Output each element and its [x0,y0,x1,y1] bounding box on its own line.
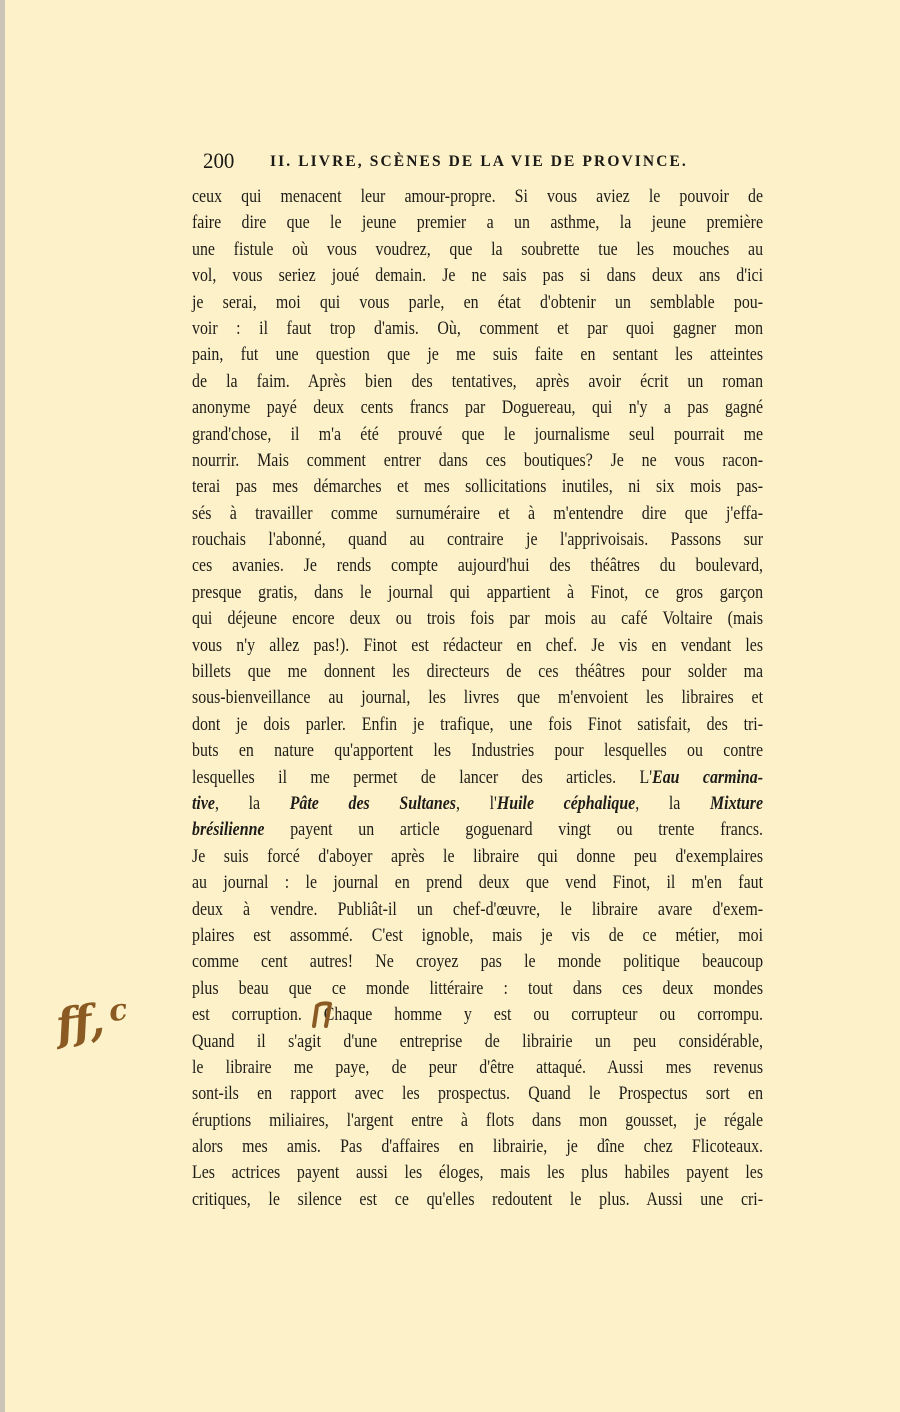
text-line: brésilienne payent un article goguenard … [192,817,763,843]
running-head: 200 II. LIVRE, SCÈNES DE LA VIE DE PROVI… [203,146,763,176]
text-segment: Quand il s'agit d'une entreprise de libr… [192,1032,763,1052]
text-segment: nourrir. Mais comment entrer dans ces bo… [192,451,763,471]
margin-annotation: ff,c [53,991,130,1051]
text-line: sous-bienveillance au journal, les livre… [192,685,763,711]
text-segment: ces avanies. Je rends compte aujourd'hui… [192,556,763,576]
text-line: vol, vous seriez joué demain. Je ne sais… [192,263,763,289]
text-segment: sés à travailler comme surnuméraire et à… [192,504,763,524]
text-segment: sont-ils en rapport avec les prospectus.… [192,1084,763,1104]
text-segment: est corruption. Chaque homme y est ou co… [192,1005,763,1025]
text-segment: grand'chose, il m'a été prouvé que le jo… [192,425,763,445]
text-line: qui déjeune encore deux ou trois fois pa… [192,606,763,632]
text-segment: je serai, moi qui vous parle, en état d'… [192,293,763,313]
text-segment: , la [635,794,710,814]
text-segment: ceux qui menacent leur amour-propre. Si … [192,187,763,207]
text-line: comme cent autres! Ne croyez pas le mond… [192,949,763,975]
text-segment: rouchais l'abonné, quand au contraire je… [192,530,763,550]
text-segment: terai pas mes démarches et mes sollicita… [192,477,763,497]
text-line: voir : il faut trop d'amis. Où, comment … [192,316,763,342]
text-segment: le libraire me paye, de peur d'être atta… [192,1058,763,1078]
insertion-mark-icon [308,1000,334,1030]
text-line: lesquelles il me permet de lancer des ar… [192,765,763,791]
page-number: 200 [203,146,234,176]
text-line: je serai, moi qui vous parle, en état d'… [192,290,763,316]
body-text: ceux qui menacent leur amour-propre. Si … [192,184,763,1213]
text-line: le libraire me paye, de peur d'être atta… [192,1055,763,1081]
text-line: sés à travailler comme surnuméraire et à… [192,501,763,527]
text-line: terai pas mes démarches et mes sollicita… [192,474,763,500]
text-segment: , la [215,794,290,814]
text-line: vous n'y allez pas!). Finot est rédacteu… [192,633,763,659]
text-segment: voir : il faut trop d'amis. Où, comment … [192,319,763,339]
text-line: pain, fut une question que je me suis fa… [192,342,763,368]
text-line: grand'chose, il m'a été prouvé que le jo… [192,422,763,448]
text-line: Je suis forcé d'aboyer après le libraire… [192,844,763,870]
text-line: de la faim. Après bien des tentatives, a… [192,369,763,395]
text-line: critiques, le silence est ce qu'elles re… [192,1187,763,1213]
text-segment: une fistule où vous voudrez, que la soub… [192,240,763,260]
text-segment: anonyme payé deux cents francs par Dogue… [192,398,763,418]
text-line: éruptions miliaires, l'argent entre à fl… [192,1108,763,1134]
text-segment: pain, fut une question que je me suis fa… [192,345,763,365]
running-title: II. LIVRE, SCÈNES DE LA VIE DE PROVINCE. [270,150,688,174]
italic-product-name: Mixture [710,794,763,814]
text-segment: buts en nature qu'apportent les Industri… [192,741,763,761]
text-line: au journal : le journal en prend deux qu… [192,870,763,896]
text-segment: Les actrices payent aussi les éloges, ma… [192,1163,763,1183]
text-line: ces avanies. Je rends compte aujourd'hui… [192,553,763,579]
text-segment: sous-bienveillance au journal, les livre… [192,688,763,708]
text-segment: qui déjeune encore deux ou trois fois pa… [192,609,763,629]
text-segment: vol, vous seriez joué demain. Je ne sais… [192,266,763,286]
text-line: deux à vendre. Publiât-il un chef-d'œuvr… [192,897,763,923]
text-segment: faire dire que le jeune premier a un ast… [192,213,763,233]
text-segment: vous n'y allez pas!). Finot est rédacteu… [192,636,763,656]
text-line: rouchais l'abonné, quand au contraire je… [192,527,763,553]
italic-product-name: brésilienne [192,820,264,840]
text-segment: Je suis forcé d'aboyer après le libraire… [192,847,763,867]
italic-product-name: tive [192,794,215,814]
text-line: alors mes amis. Pas d'affaires en librai… [192,1134,763,1160]
text-segment: alors mes amis. Pas d'affaires en librai… [192,1137,763,1157]
text-segment: lesquelles il me permet de lancer des ar… [192,768,652,788]
text-line: Quand il s'agit d'une entreprise de libr… [192,1029,763,1055]
text-line: anonyme payé deux cents francs par Dogue… [192,395,763,421]
text-line: tive, la Pâte des Sultanes, l'Huile céph… [192,791,763,817]
text-line: sont-ils en rapport avec les prospectus.… [192,1081,763,1107]
text-segment: deux à vendre. Publiât-il un chef-d'œuvr… [192,900,763,920]
text-segment: billets que me donnent les directeurs de… [192,662,763,682]
text-line: dont je dois parler. Enfin je trafique, … [192,712,763,738]
text-segment: comme cent autres! Ne croyez pas le mond… [192,952,763,972]
italic-product-name: Eau carmina- [652,768,763,788]
text-line: nourrir. Mais comment entrer dans ces bo… [192,448,763,474]
text-segment: critiques, le silence est ce qu'elles re… [192,1190,763,1210]
text-line: billets que me donnent les directeurs de… [192,659,763,685]
text-segment: dont je dois parler. Enfin je trafique, … [192,715,763,735]
text-segment: plus beau que ce monde littéraire : tout… [192,979,763,999]
text-segment: plaires est assommé. C'est ignoble, mais… [192,926,763,946]
annotation-main: ff, [53,995,106,1052]
text-line: est corruption. Chaque homme y est ou co… [192,1002,763,1028]
text-line: une fistule où vous voudrez, que la soub… [192,237,763,263]
text-segment: au journal : le journal en prend deux qu… [192,873,763,893]
italic-product-name: Huile céphalique [497,794,635,814]
text-line: faire dire que le jeune premier a un ast… [192,210,763,236]
text-line: buts en nature qu'apportent les Industri… [192,738,763,764]
italic-product-name: Pâte des Sultanes [290,794,456,814]
text-segment: éruptions miliaires, l'argent entre à fl… [192,1111,763,1131]
text-segment: , l' [456,794,497,814]
text-segment: payent un article goguenard vingt ou tre… [264,820,763,840]
text-line: ceux qui menacent leur amour-propre. Si … [192,184,763,210]
text-line: presque gratis, dans le journal qui appa… [192,580,763,606]
text-line: Les actrices payent aussi les éloges, ma… [192,1160,763,1186]
text-line: plus beau que ce monde littéraire : tout… [192,976,763,1002]
text-segment: de la faim. Après bien des tentatives, a… [192,372,763,392]
text-line: plaires est assommé. C'est ignoble, mais… [192,923,763,949]
text-segment: presque gratis, dans le journal qui appa… [192,583,763,603]
